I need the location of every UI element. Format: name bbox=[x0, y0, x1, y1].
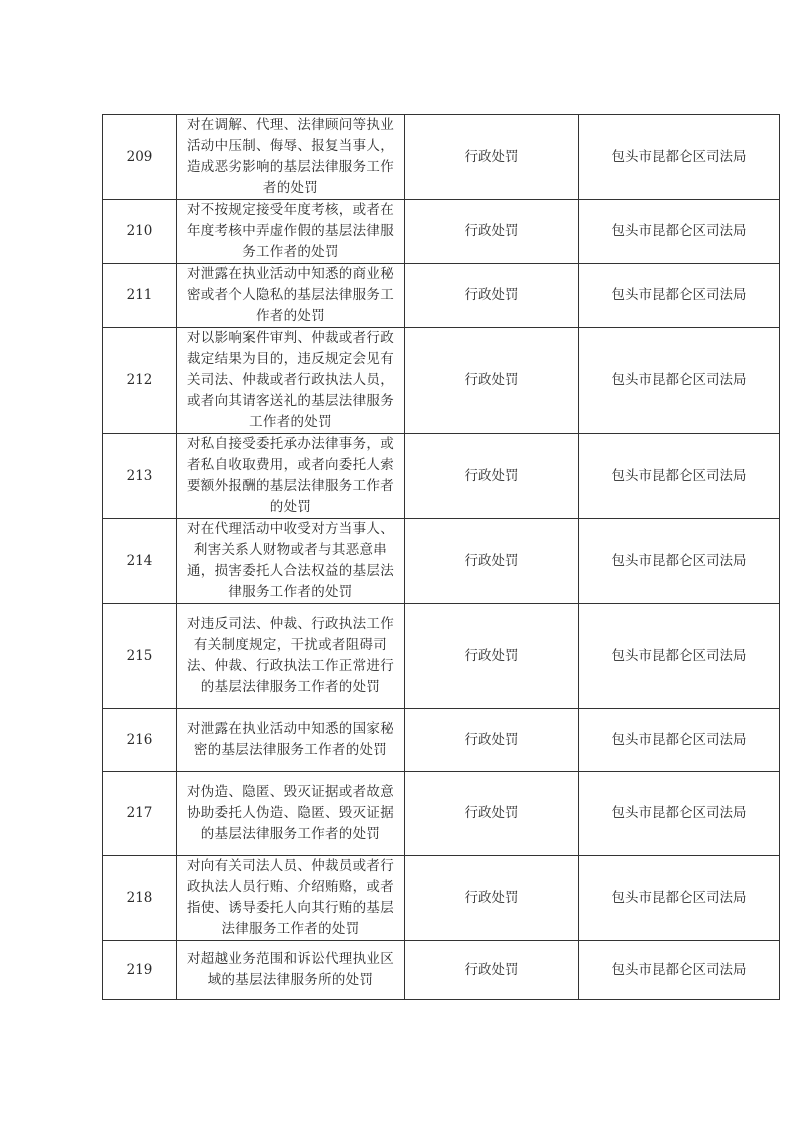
implementing-agency: 包头市昆都仑区司法局 bbox=[579, 772, 780, 856]
implementing-agency: 包头市昆都仑区司法局 bbox=[579, 519, 780, 604]
implementing-agency: 包头市昆都仑区司法局 bbox=[579, 604, 780, 709]
item-number: 215 bbox=[103, 604, 177, 709]
item-number: 218 bbox=[103, 856, 177, 941]
table-row: 210 对不按规定接受年度考核，或者在年度考核中弄虚作假的基层法律服务工作者的处… bbox=[103, 200, 780, 264]
implementing-agency: 包头市昆都仑区司法局 bbox=[579, 115, 780, 200]
item-number: 213 bbox=[103, 434, 177, 519]
table-row: 211 对泄露在执业活动中知悉的商业秘密或者个人隐私的基层法律服务工作者的处罚 … bbox=[103, 264, 780, 328]
item-type: 行政处罚 bbox=[405, 604, 579, 709]
table-row: 209 对在调解、代理、法律顾问等执业活动中压制、侮辱、报复当事人，造成恶劣影响… bbox=[103, 115, 780, 200]
table-row: 217 对伪造、隐匿、毁灭证据或者故意协助委托人伪造、隐匿、毁灭证据的基层法律服… bbox=[103, 772, 780, 856]
item-number: 210 bbox=[103, 200, 177, 264]
item-number: 214 bbox=[103, 519, 177, 604]
penalty-items-table: 209 对在调解、代理、法律顾问等执业活动中压制、侮辱、报复当事人，造成恶劣影响… bbox=[102, 114, 780, 1000]
item-name: 对向有关司法人员、仲裁员或者行政执法人员行贿、介绍贿赂，或者指使、诱导委托人向其… bbox=[177, 856, 405, 941]
item-name: 对泄露在执业活动中知悉的国家秘密的基层法律服务工作者的处罚 bbox=[177, 709, 405, 772]
item-number: 219 bbox=[103, 941, 177, 1000]
implementing-agency: 包头市昆都仑区司法局 bbox=[579, 264, 780, 328]
item-number: 211 bbox=[103, 264, 177, 328]
item-number: 209 bbox=[103, 115, 177, 200]
item-name: 对以影响案件审判、仲裁或者行政裁定结果为目的，违反规定会见有关司法、仲裁或者行政… bbox=[177, 328, 405, 434]
implementing-agency: 包头市昆都仑区司法局 bbox=[579, 709, 780, 772]
item-type: 行政处罚 bbox=[405, 200, 579, 264]
item-name: 对泄露在执业活动中知悉的商业秘密或者个人隐私的基层法律服务工作者的处罚 bbox=[177, 264, 405, 328]
table-row: 216 对泄露在执业活动中知悉的国家秘密的基层法律服务工作者的处罚 行政处罚 包… bbox=[103, 709, 780, 772]
item-type: 行政处罚 bbox=[405, 115, 579, 200]
table-row: 212 对以影响案件审判、仲裁或者行政裁定结果为目的，违反规定会见有关司法、仲裁… bbox=[103, 328, 780, 434]
table-row: 215 对违反司法、仲裁、行政执法工作有关制度规定，干扰或者阻碍司法、仲裁、行政… bbox=[103, 604, 780, 709]
implementing-agency: 包头市昆都仑区司法局 bbox=[579, 328, 780, 434]
item-type: 行政处罚 bbox=[405, 328, 579, 434]
table-row: 214 对在代理活动中收受对方当事人、利害关系人财物或者与其恶意串通，损害委托人… bbox=[103, 519, 780, 604]
item-number: 217 bbox=[103, 772, 177, 856]
table-body: 209 对在调解、代理、法律顾问等执业活动中压制、侮辱、报复当事人，造成恶劣影响… bbox=[103, 115, 780, 1000]
item-name: 对私自接受委托承办法律事务，或者私自收取费用，或者向委托人索要额外报酬的基层法律… bbox=[177, 434, 405, 519]
implementing-agency: 包头市昆都仑区司法局 bbox=[579, 434, 780, 519]
item-type: 行政处罚 bbox=[405, 709, 579, 772]
item-number: 216 bbox=[103, 709, 177, 772]
item-type: 行政处罚 bbox=[405, 856, 579, 941]
item-name: 对在代理活动中收受对方当事人、利害关系人财物或者与其恶意串通，损害委托人合法权益… bbox=[177, 519, 405, 604]
item-type: 行政处罚 bbox=[405, 264, 579, 328]
item-name: 对不按规定接受年度考核，或者在年度考核中弄虚作假的基层法律服务工作者的处罚 bbox=[177, 200, 405, 264]
item-type: 行政处罚 bbox=[405, 519, 579, 604]
item-name: 对伪造、隐匿、毁灭证据或者故意协助委托人伪造、隐匿、毁灭证据的基层法律服务工作者… bbox=[177, 772, 405, 856]
implementing-agency: 包头市昆都仑区司法局 bbox=[579, 941, 780, 1000]
item-name: 对在调解、代理、法律顾问等执业活动中压制、侮辱、报复当事人，造成恶劣影响的基层法… bbox=[177, 115, 405, 200]
table-row: 218 对向有关司法人员、仲裁员或者行政执法人员行贿、介绍贿赂，或者指使、诱导委… bbox=[103, 856, 780, 941]
table-row: 219 对超越业务范围和诉讼代理执业区域的基层法律服务所的处罚 行政处罚 包头市… bbox=[103, 941, 780, 1000]
implementing-agency: 包头市昆都仑区司法局 bbox=[579, 200, 780, 264]
item-type: 行政处罚 bbox=[405, 434, 579, 519]
table-row: 213 对私自接受委托承办法律事务，或者私自收取费用，或者向委托人索要额外报酬的… bbox=[103, 434, 780, 519]
item-name: 对超越业务范围和诉讼代理执业区域的基层法律服务所的处罚 bbox=[177, 941, 405, 1000]
document-page: 209 对在调解、代理、法律顾问等执业活动中压制、侮辱、报复当事人，造成恶劣影响… bbox=[0, 0, 793, 1122]
item-number: 212 bbox=[103, 328, 177, 434]
item-type: 行政处罚 bbox=[405, 772, 579, 856]
item-name: 对违反司法、仲裁、行政执法工作有关制度规定，干扰或者阻碍司法、仲裁、行政执法工作… bbox=[177, 604, 405, 709]
implementing-agency: 包头市昆都仑区司法局 bbox=[579, 856, 780, 941]
item-type: 行政处罚 bbox=[405, 941, 579, 1000]
